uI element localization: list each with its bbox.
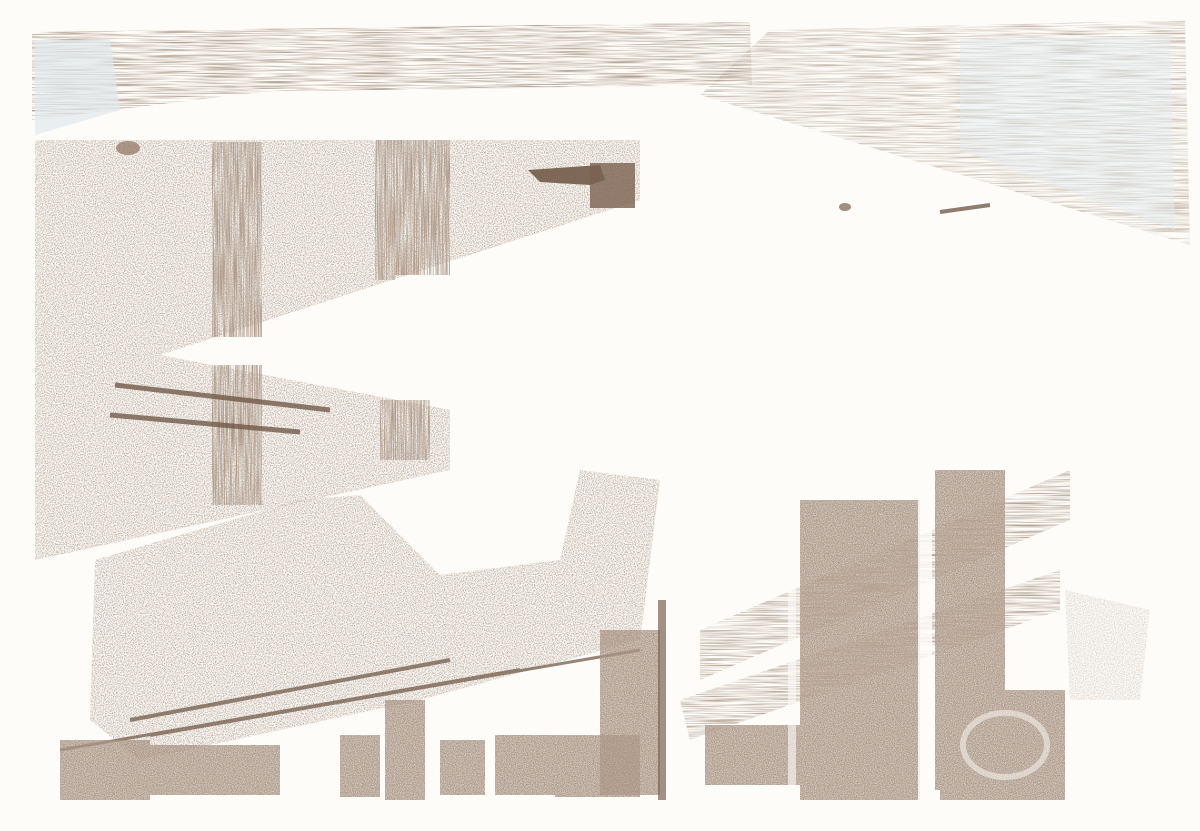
artwork [0,0,1200,831]
print-composition [0,0,1200,831]
top-band [32,22,752,120]
